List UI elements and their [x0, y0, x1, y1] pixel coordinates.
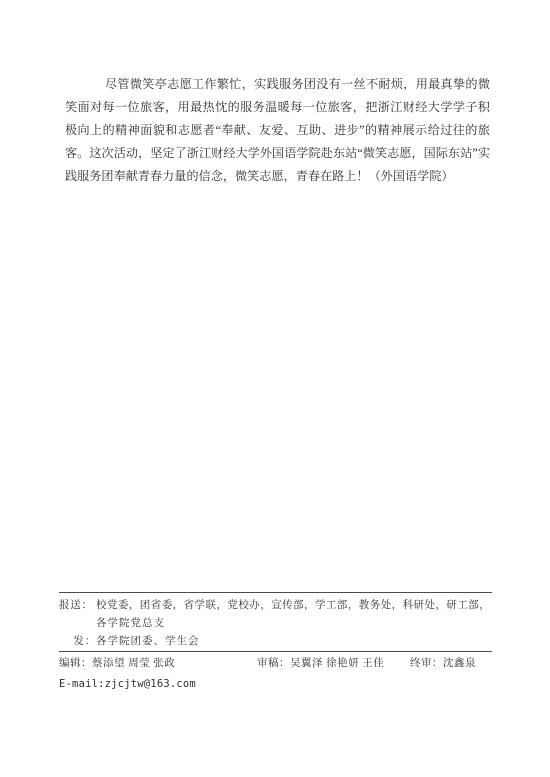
report-to-content: 校党委，团省委，省学联，党校办，宣传部，学工部，教务处，科研处，研工部， 各学院…	[96, 597, 492, 633]
footer-top-rule	[59, 592, 492, 593]
report-to-label: 报送：	[59, 597, 96, 615]
article-paragraph: 尽管微笑亭志愿工作繁忙，实践服务团没有一丝不耐烦，用最真挚的微笑面对每一位旅客，…	[65, 73, 490, 188]
issued-to-label: 发：	[59, 633, 96, 651]
contact-email: E-mail:zjcjtw@163.com	[59, 675, 492, 693]
report-to-row: 报送： 校党委，团省委，省学联，党校办，宣传部，学工部，教务处，科研处，研工部，…	[59, 597, 492, 633]
credits-row: 编辑：蔡添望 周莹 张政 审稿：吴翼泽 徐艳妍 王佳 终审：沈鑫泉	[59, 651, 492, 673]
reviewers-credit: 审稿：吴翼泽 徐艳妍 王佳	[257, 655, 410, 673]
document-page: 尽管微笑亭志愿工作繁忙，实践服务团没有一丝不耐烦，用最真挚的微笑面对每一位旅客，…	[0, 0, 550, 777]
document-footer: 报送： 校党委，团省委，省学联，党校办，宣传部，学工部，教务处，科研处，研工部，…	[59, 592, 492, 693]
editors-credit: 编辑：蔡添望 周莹 张政	[59, 655, 257, 673]
issued-to-value: 各学院团委、学生会	[96, 633, 492, 651]
issued-to-row: 发： 各学院团委、学生会	[59, 633, 492, 651]
report-to-line2: 各学院党总支	[96, 618, 165, 629]
final-review-credit: 终审：沈鑫泉	[410, 655, 492, 673]
report-to-line1: 校党委，团省委，省学联，党校办，宣传部，学工部，教务处，科研处，研工部，	[96, 600, 490, 611]
